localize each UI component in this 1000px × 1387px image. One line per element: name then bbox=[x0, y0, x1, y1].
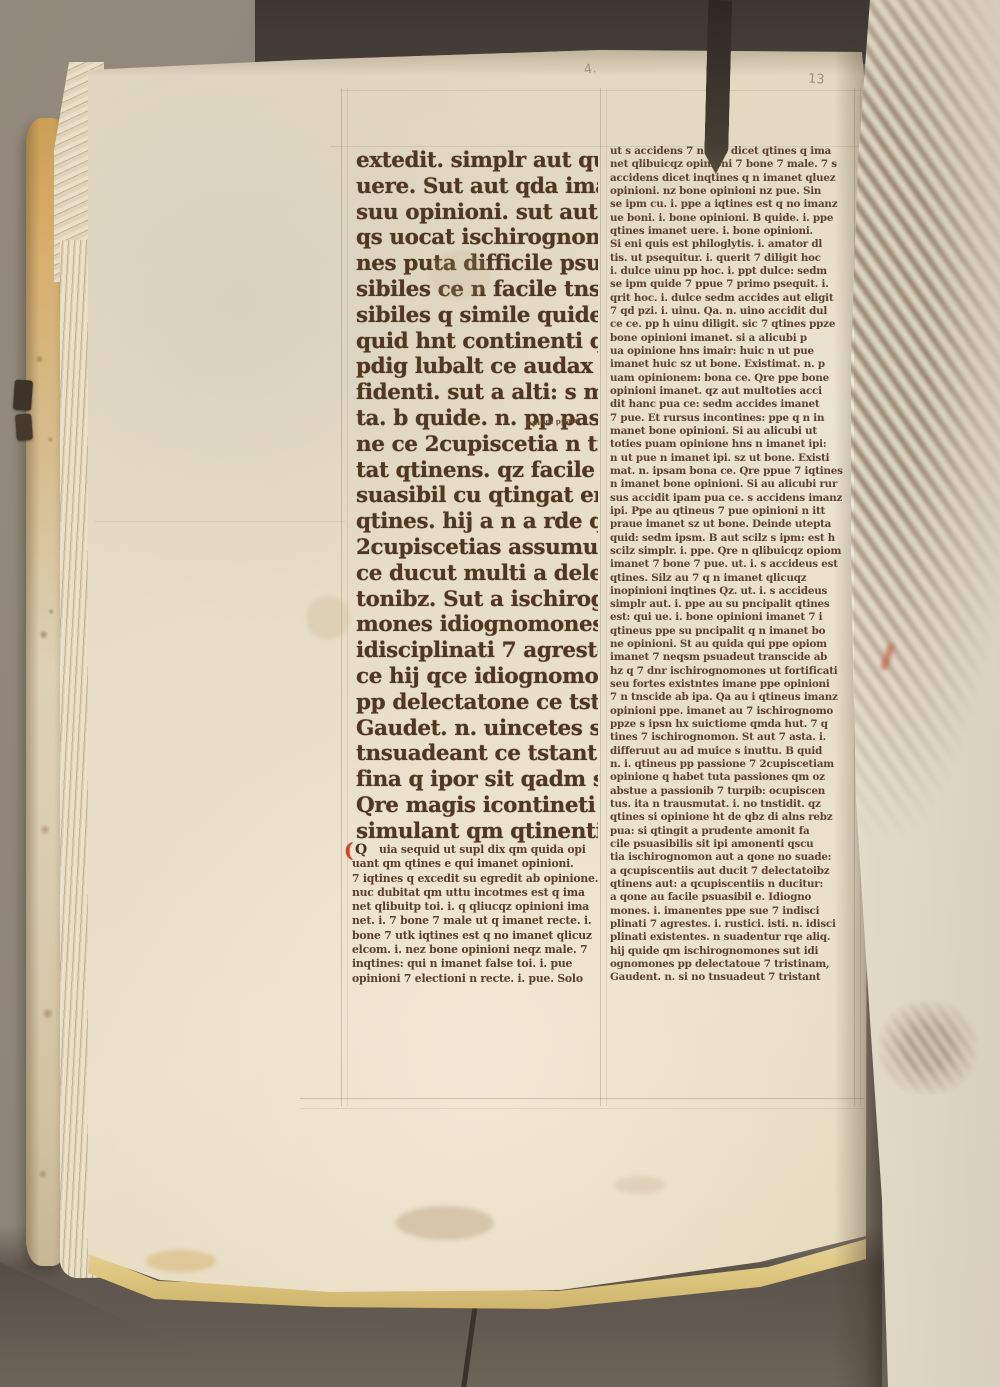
text-line: simulant qm qtinenti. bbox=[356, 819, 598, 845]
text-line: suu opinioni. sut aute bbox=[356, 200, 598, 226]
text-line: ce hij qce idiognomones bbox=[356, 664, 598, 690]
blurred-text-recto bbox=[845, 0, 1000, 1120]
stain bbox=[614, 1176, 666, 1194]
text-line: Si eni quis est philoglytis. i. amator d… bbox=[610, 238, 864, 251]
text-line: opinioni ppe. imanet au 7 ischirognomo bbox=[610, 705, 864, 718]
text-line: inqtines: qui n imanet false toi. i. pue bbox=[352, 957, 604, 971]
text-line: n imanet bone opinioni. Si au alicubi ru… bbox=[610, 478, 864, 491]
text-line: mones. i. imanentes ppe sue 7 indisci bbox=[610, 905, 864, 918]
text-line: imanet 7 bone 7 pue. ut. i. s accideus e… bbox=[610, 558, 864, 571]
text-line: qtines imanet uere. i. bone opinioni. bbox=[610, 225, 864, 238]
text-line: net qlibuicqz opinioni 7 bone 7 male. 7 … bbox=[610, 158, 864, 171]
text-line: abstue a passionib 7 turpib: ocupiscen bbox=[610, 785, 864, 798]
text-line: pdig lubalt ce audax co bbox=[356, 354, 598, 380]
clasp-fragment bbox=[15, 413, 33, 440]
text-line: uere. Sut aut qda ima bbox=[356, 174, 598, 200]
text-line: sus accidit ipam pua ce. s accidens iman… bbox=[610, 492, 864, 505]
ruling-line-horizontal bbox=[300, 1108, 864, 1109]
text-line: tat qtinens. qz facile per bbox=[356, 458, 598, 484]
text-line: opinioni imanet. qz aut multoties acci bbox=[610, 385, 864, 398]
manuscript-photo: 4. 13 extedit. simplr aut quiuere. Sut a… bbox=[0, 0, 1000, 1387]
text-line: Gaudet. n. uincetes si no bbox=[356, 716, 598, 742]
text-line: est: qui ue. i. bone opinioni imanet 7 i bbox=[610, 611, 864, 624]
text-line: 7 iqtines q excedit su egredit ab opinio… bbox=[352, 872, 604, 886]
text-line: pp delectatone ce tsticiam. bbox=[356, 690, 598, 716]
text-line: qs uocat ischirognomo bbox=[356, 225, 598, 251]
text-line: qtines. Silz au 7 q n imanet qlicuqz bbox=[610, 572, 864, 585]
text-line: qtines si opinione ht de qbz di alns reb… bbox=[610, 811, 864, 824]
ruling-line-horizontal bbox=[300, 1098, 864, 1099]
folio-number: 13 bbox=[807, 71, 825, 87]
text-line: hz q 7 dnr ischirognomones ut fortificat… bbox=[610, 665, 864, 678]
ruling-line-horizontal bbox=[340, 90, 864, 91]
text-line: suasibil cu qtingat erit bbox=[356, 483, 598, 509]
text-line: Qre magis icontineti as bbox=[356, 793, 598, 819]
text-line: tines 7 ischirognomon. St aut 7 asta. i. bbox=[610, 731, 864, 744]
text-line: ua opinione hns imair: huic n ut pue bbox=[610, 345, 864, 358]
text-line: 2cupiscetias assumunt bbox=[356, 535, 598, 561]
text-line: plinati 7 agrestes. i. rustici. isti. n.… bbox=[610, 918, 864, 931]
ruling-line-vertical bbox=[341, 88, 342, 1106]
text-line: net. i. 7 bone 7 male ut q imanet recte.… bbox=[352, 914, 604, 928]
text-line: seu fortes existntes imane ppe opinioni bbox=[610, 678, 864, 691]
ruling-line-vertical bbox=[347, 88, 348, 1106]
text-line: 7 n tnscide ab ipa. Qa au i qtineus iman… bbox=[610, 691, 864, 704]
text-line: ce ducut multi a delecta bbox=[356, 561, 598, 587]
text-column-left-small: uia sequid ut supl dix qm quida opiuant … bbox=[352, 843, 604, 986]
text-column-right: ut s accidens 7 n ppe dicet qtines q ima… bbox=[610, 145, 864, 985]
ruling-line-vertical bbox=[606, 88, 607, 1106]
text-line: tonibz. Sut a ischirogno bbox=[356, 587, 598, 613]
text-line: se ipm quide 7 ppue 7 primo psequit. i. bbox=[610, 278, 864, 291]
text-line: qtineus ppe su pncipalit q n imanet bo bbox=[610, 625, 864, 638]
text-line: pua: si qtingit a prudente amonit fa bbox=[610, 825, 864, 838]
text-line: opinione q habet tuta passiones qm oz bbox=[610, 771, 864, 784]
text-line: ut s accidens 7 n ppe dicet qtines q ima bbox=[610, 145, 864, 158]
text-line: imanet 7 neqsm psuadeut transcide ab bbox=[610, 651, 864, 664]
text-line: opinioni. nz bone opinioni nz pue. Sin bbox=[610, 185, 864, 198]
text-line: fina q ipor sit qadm snie. bbox=[356, 767, 598, 793]
text-line: uant qm qtines e qui imanet opinioni. bbox=[352, 857, 604, 871]
clasp-fragment bbox=[13, 379, 33, 410]
text-line: n ut pue n imanet ipi. sz ut bone. Exist… bbox=[610, 452, 864, 465]
text-line: ipi. Ppe au qtineus 7 pue opinioni n itt bbox=[610, 505, 864, 518]
text-line: uam opinionem: bona ce. Qre ppe bone bbox=[610, 372, 864, 385]
text-line: ue boni. i. bone opinioni. B quide. i. p… bbox=[610, 212, 864, 225]
text-column-left-large: extedit. simplr aut quiuere. Sut aut qda… bbox=[356, 148, 598, 845]
text-line: hij quide qm ischirognomones sut idi bbox=[610, 945, 864, 958]
text-line: sibiles q simile quide ali bbox=[356, 303, 598, 329]
text-line: accidens dicet inqtines q n imanet qluez bbox=[610, 172, 864, 185]
text-line: inopinioni inqtines Qz. ut. i. s accideu… bbox=[610, 585, 864, 598]
text-line: cile psuasibilis sit ipi amonenti qscu bbox=[610, 838, 864, 851]
text-line: quid hnt continenti qle bbox=[356, 329, 598, 355]
stain bbox=[396, 1206, 494, 1240]
text-line: mones idiognomones 7 bbox=[356, 612, 598, 638]
text-line: praue imanet sz ut bone. Deinde utepta bbox=[610, 518, 864, 531]
text-line: ppze s ipsn hx suictiome qmda hut. 7 q bbox=[610, 718, 864, 731]
text-line: tnsuadeant ce tstant si bbox=[356, 741, 598, 767]
text-line: Gaudent. n. si no tnsuadeut 7 tristant bbox=[610, 971, 864, 984]
blurred-text-patch bbox=[878, 1000, 978, 1095]
text-line: simplr aut. i. ppe au su pncipalit qtine… bbox=[610, 598, 864, 611]
text-line: i. dulce uinu pp hoc. i. ppt dulce: sedm bbox=[610, 265, 864, 278]
text-line: tis. ut psequitur. i. querit 7 diligit h… bbox=[610, 252, 864, 265]
ruling-line-horizontal bbox=[95, 521, 345, 522]
text-line: net qlibuitp toi. i. q qliucqz opinioni … bbox=[352, 900, 604, 914]
text-line: manet bone opinioni. Si au alicubi ut bbox=[610, 425, 864, 438]
text-line: dit hanc pua ce: sedm accides imanet bbox=[610, 398, 864, 411]
text-line: idisciplinati 7 agrestes. bbox=[356, 638, 598, 664]
text-line: 7 qd pzi. i. uinu. Qa. n. uino accidit d… bbox=[610, 305, 864, 318]
text-line: uia sequid ut supl dix qm quida opi bbox=[352, 843, 604, 857]
text-line: tus. ita n trausmutat. i. no tnstidit. q… bbox=[610, 798, 864, 811]
text-line: mat. n. ipsam bona ce. Qre ppue 7 iqtine… bbox=[610, 465, 864, 478]
text-line: toties puam opinione hns n imanet ipi: bbox=[610, 438, 864, 451]
text-line: n. i. qtineus pp passione 7 2cupiscetiam bbox=[610, 758, 864, 771]
text-line: qtines. hij a n a rde qz bbox=[356, 509, 598, 535]
text-line: 7 pue. Et rursus incontines: ppe q n in bbox=[610, 412, 864, 425]
text-line: se ipm cu. i. ppe a iqtines est q no ima… bbox=[610, 198, 864, 211]
pencil-mark: 4. bbox=[583, 61, 597, 78]
text-line: differuut au ad muice s inuttu. B quid bbox=[610, 745, 864, 758]
text-line: a qcupiscentiis aut ducit 7 delectatoibz bbox=[610, 865, 864, 878]
stain bbox=[430, 250, 490, 300]
text-line: qrit hoc. i. dulce sedm accides aut elig… bbox=[610, 292, 864, 305]
text-line: bone opinioni imanet. si a alicubi p bbox=[610, 332, 864, 345]
stain bbox=[306, 596, 350, 640]
text-line: bone 7 utk iqtines est q no imanet qlicu… bbox=[352, 929, 604, 943]
bookmark-ribbon bbox=[704, 0, 733, 174]
text-line: qtinens aut: a qcupiscentiis n ducitur: bbox=[610, 878, 864, 891]
text-line: extedit. simplr aut qui bbox=[356, 148, 598, 174]
text-line: plinati existentes. n suadentur rqe aliq… bbox=[610, 931, 864, 944]
stain bbox=[146, 1250, 216, 1272]
text-line: scilz simplr. i. ppe. Qre n qlibuicqz op… bbox=[610, 545, 864, 558]
text-line: elcom. i. nez bone opinioni neqz male. 7 bbox=[352, 943, 604, 957]
text-line: ce ce. pp h uinu diligit. sic 7 qtines p… bbox=[610, 318, 864, 331]
text-line: a qone au facile psuasibil e. Idiogno bbox=[610, 891, 864, 904]
text-line: tia ischirognomon aut a qone no suade: bbox=[610, 851, 864, 864]
text-line: ne opinioni. St au quida qui ppe opiom bbox=[610, 638, 864, 651]
text-line: quid: sedm ipsm. B aut scilz s ipm: est … bbox=[610, 532, 864, 545]
text-line: ne ce 2cupiscetia n tnsmu bbox=[356, 432, 598, 458]
text-line: ognomones pp delectatoue 7 tristinam, bbox=[610, 958, 864, 971]
text-line: opinioni 7 electioni n recte. i. pue. So… bbox=[352, 972, 604, 986]
text-line: nuc dubitat qm uttu incotmes est q ima bbox=[352, 886, 604, 900]
text-line: fidenti. sut a alti: s ml bbox=[356, 380, 598, 406]
text-line: imanet huic sz ut bone. Existimat. n. p bbox=[610, 358, 864, 371]
